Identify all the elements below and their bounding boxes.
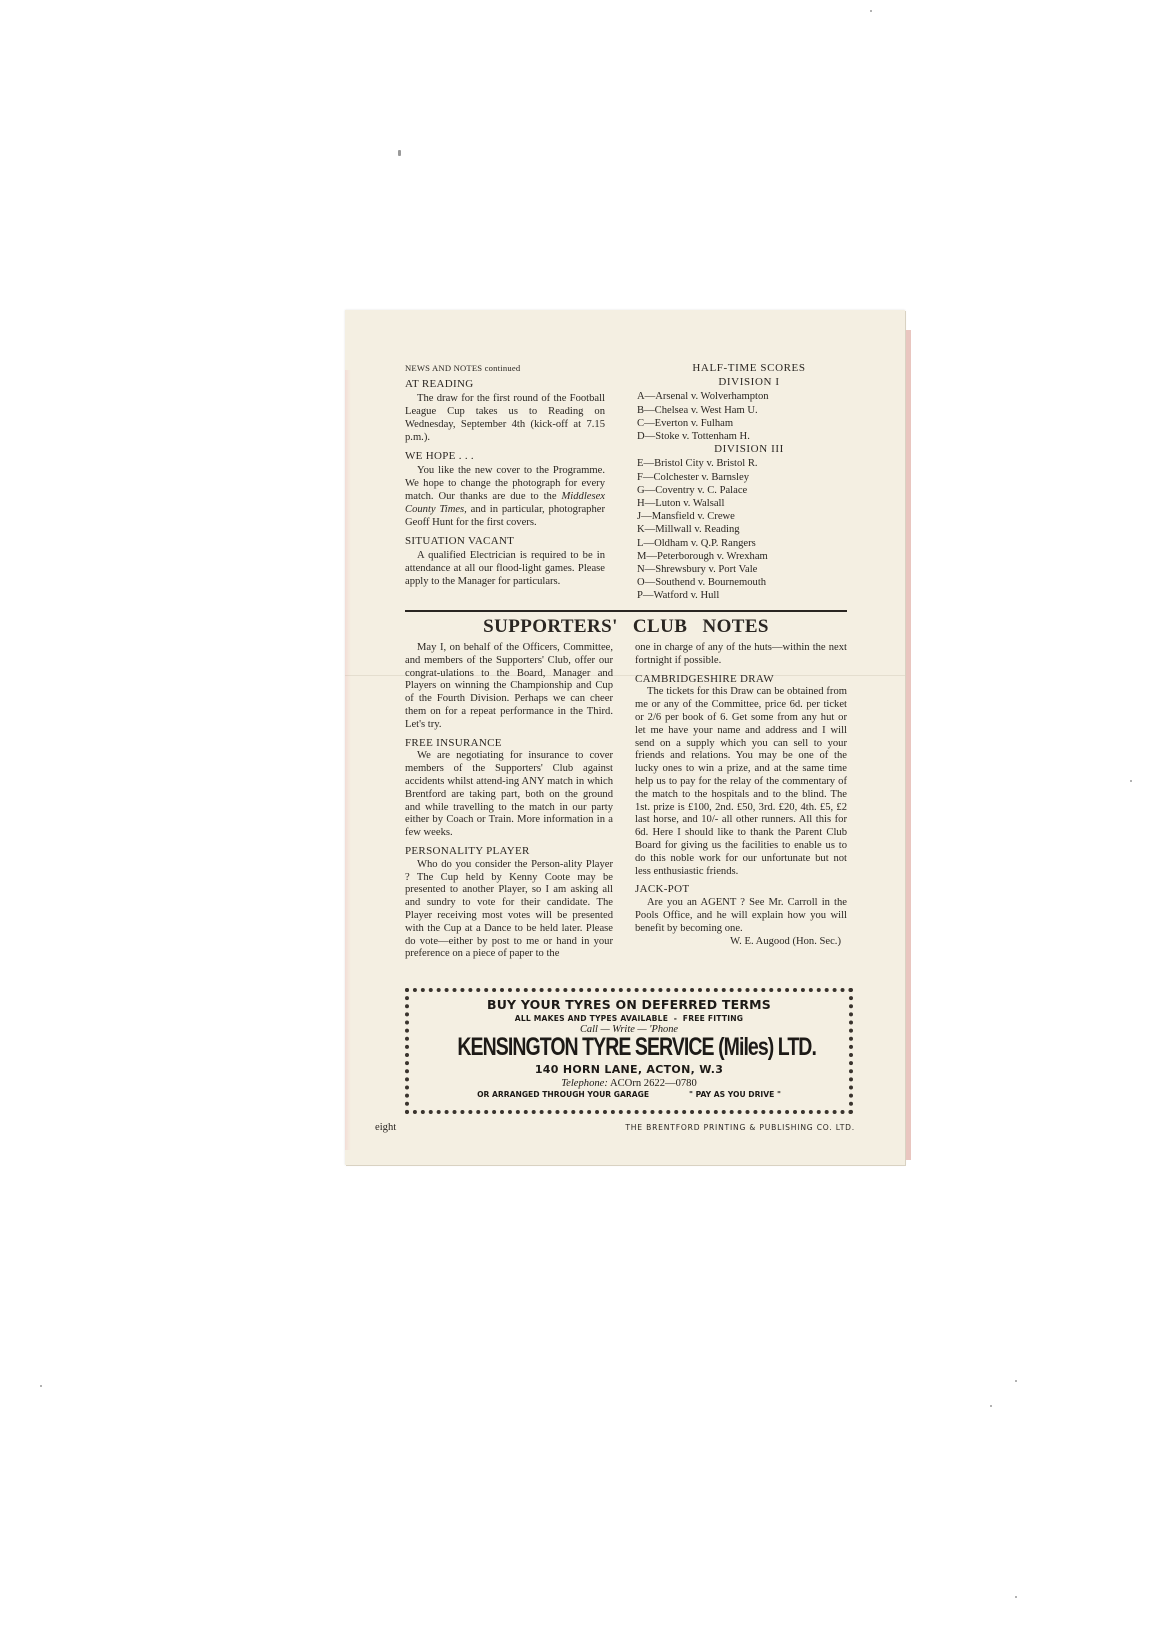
advert-footer-left: OR ARRANGED THROUGH YOUR GARAGE <box>477 1090 649 1099</box>
red-page-edge <box>906 330 911 1160</box>
fixture-item: F—Colchester v. Barnsley <box>637 471 847 484</box>
scan-speck <box>40 1385 42 1387</box>
cambridgeshire-draw-heading: CAMBRIDGESHIRE DRAW <box>635 673 847 686</box>
fixture-item: L—Oldham v. Q.P. Rangers <box>637 537 847 550</box>
jack-pot-body: Are you an AGENT ? See Mr. Carroll in th… <box>635 897 847 935</box>
at-reading-body: The draw for the first round of the Foot… <box>405 392 605 444</box>
scan-speck <box>398 150 401 156</box>
fixture-item: M—Peterborough v. Wrexham <box>637 550 847 563</box>
fixture-item: G—Coventry v. C. Palace <box>637 484 847 497</box>
scan-speck <box>870 10 872 12</box>
section-divider <box>405 610 847 612</box>
fixture-item: E—Bristol City v. Bristol R. <box>637 457 847 470</box>
tyre-advert: BUY YOUR TYRES ON DEFERRED TERMS ALL MAK… <box>405 988 853 1114</box>
advert-slogan: " PAY AS YOU DRIVE " <box>689 1090 781 1099</box>
signoff: W. E. Augood (Hon. Sec.) <box>635 936 841 949</box>
supporters-club-right-column: one in charge of any of the huts—within … <box>635 642 847 948</box>
advert-address: 140 HORN LANE, ACTON, W.3 <box>409 1063 849 1076</box>
fixture-item: B—Chelsea v. West Ham U. <box>637 404 847 417</box>
fixture-item: J—Mansfield v. Crewe <box>637 510 847 523</box>
news-kicker-suffix: continued <box>485 363 521 373</box>
advert-footer: OR ARRANGED THROUGH YOUR GARAGE " PAY AS… <box>409 1090 849 1099</box>
advert-subline: ALL MAKES AND TYPES AVAILABLE - FREE FIT… <box>409 1014 849 1023</box>
advert-company: KENSINGTON TYRE SERVICE (Miles) LTD. <box>457 1033 800 1061</box>
division-3-fixtures: E—Bristol City v. Bristol R.F—Colchester… <box>631 457 847 602</box>
jack-pot-heading: JACK-POT <box>635 883 847 896</box>
scan-speck <box>1130 780 1132 782</box>
page-number: eight <box>375 1122 396 1133</box>
telephone-label: Telephone: <box>561 1078 608 1089</box>
scan-speck <box>1015 1596 1017 1598</box>
personality-player-body: Who do you consider the Person-ality Pla… <box>405 859 613 961</box>
printer-credit: THE BRENTFORD PRINTING & PUBLISHING CO. … <box>625 1123 855 1132</box>
supporters-intro: May I, on behalf of the Officers, Commit… <box>405 642 613 732</box>
fixture-item: P—Watford v. Hull <box>637 589 847 602</box>
personality-player-continuation: one in charge of any of the huts—within … <box>635 642 847 668</box>
situation-vacant-body: A qualified Electrician is required to b… <box>405 549 605 588</box>
cambridgeshire-draw-body: The tickets for this Draw can be obtaine… <box>635 686 847 878</box>
half-time-title: HALF-TIME SCORES <box>651 362 847 375</box>
situation-vacant-heading: SITUATION VACANT <box>405 535 605 548</box>
we-hope-body: You like the new cover to the Programme.… <box>405 464 605 529</box>
fixture-item: N—Shrewsbury v. Port Vale <box>637 563 847 576</box>
fixture-item: D—Stoke v. Tottenham H. <box>637 430 847 443</box>
fixture-item: O—Southend v. Bournemouth <box>637 576 847 589</box>
personality-player-heading: PERSONALITY PLAYER <box>405 845 613 858</box>
half-time-scores-column: HALF-TIME SCORES DIVISION I A—Arsenal v.… <box>631 362 847 603</box>
news-and-notes-column: NEWS AND NOTES continued AT READING The … <box>405 362 605 594</box>
free-insurance-heading: FREE INSURANCE <box>405 737 613 750</box>
scan-speck <box>1015 1380 1017 1382</box>
supporters-club-left-column: May I, on behalf of the Officers, Commit… <box>405 642 613 966</box>
advert-headline: BUY YOUR TYRES ON DEFERRED TERMS <box>409 997 849 1012</box>
fixture-item: H—Luton v. Walsall <box>637 497 847 510</box>
supporters-club-title: SUPPORTERS' CLUB NOTES <box>405 616 847 638</box>
news-and-halftime-section: NEWS AND NOTES continued AT READING The … <box>405 362 847 612</box>
programme-page: NEWS AND NOTES continued AT READING The … <box>345 310 905 1165</box>
we-hope-heading: WE HOPE . . . <box>405 450 605 463</box>
division-3-title: DIVISION III <box>651 443 847 456</box>
at-reading-heading: AT READING <box>405 378 605 391</box>
division-1-fixtures: A—Arsenal v. WolverhamptonB—Chelsea v. W… <box>631 390 847 443</box>
division-1-title: DIVISION I <box>651 376 847 389</box>
scan-speck <box>990 1405 992 1407</box>
red-page-tint <box>345 370 351 1150</box>
fixture-item: C—Everton v. Fulham <box>637 417 847 430</box>
telephone-number: ACOrn 2622—0780 <box>610 1078 697 1089</box>
news-kicker-text: NEWS AND NOTES <box>405 363 482 373</box>
news-kicker: NEWS AND NOTES continued <box>405 362 605 375</box>
fixture-item: K—Millwall v. Reading <box>637 523 847 536</box>
free-insurance-body: We are negotiating for insurance to cove… <box>405 750 613 840</box>
advert-telephone: Telephone: ACOrn 2622—0780 <box>409 1078 849 1089</box>
fixture-item: A—Arsenal v. Wolverhampton <box>637 390 847 403</box>
